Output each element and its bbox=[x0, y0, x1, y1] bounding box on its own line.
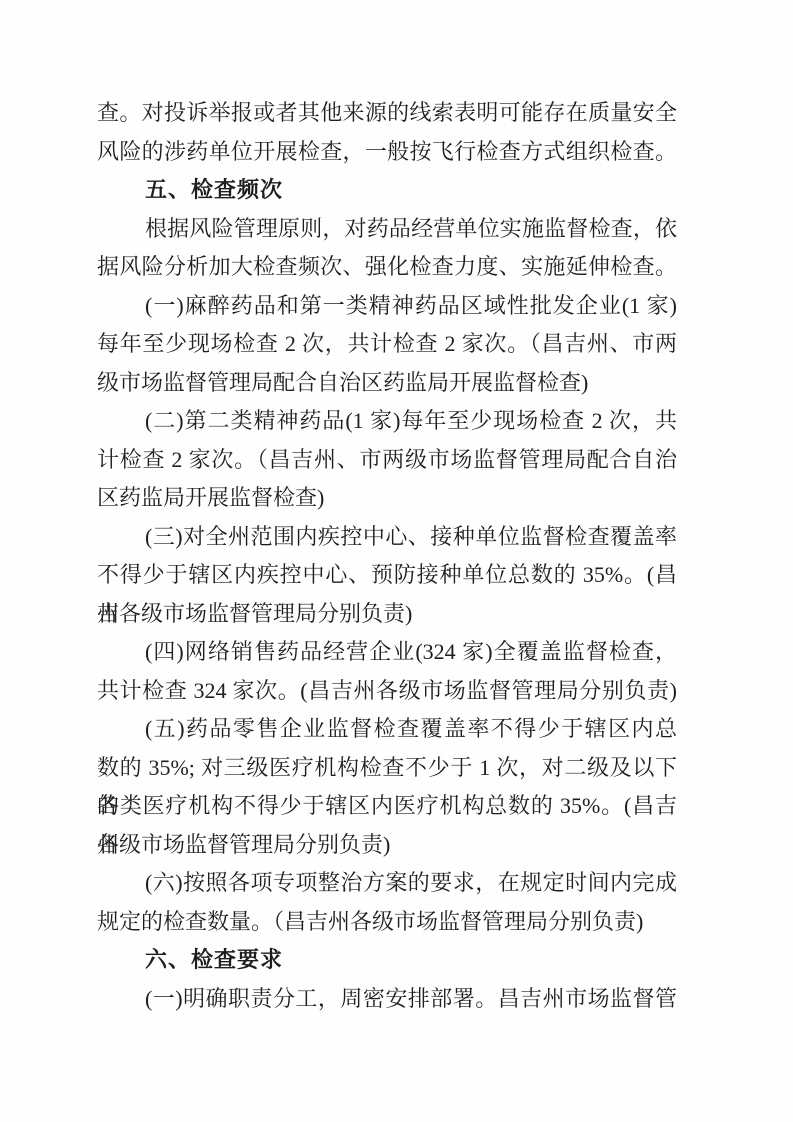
text-line: 查。对投诉举报或者其他来源的线索表明可能存在质量安全 bbox=[97, 94, 677, 133]
text-line: 风险的涉药单位开展检查，一般按飞行检查方式组织检查。 bbox=[97, 133, 677, 172]
section-heading: 五、检查频次 bbox=[97, 171, 677, 210]
text-line: (三)对全州范围内疾控中心、接种单位监督检查覆盖率 bbox=[97, 518, 677, 557]
text-line: 根据风险管理原则，对药品经营单位实施监督检查，依 bbox=[97, 210, 677, 249]
text-line: 规定的检查数量。（昌吉州各级市场监督管理局分别负责) bbox=[97, 903, 677, 942]
text-line: (一)明确职责分工，周密安排部署。昌吉州市场监督管 bbox=[97, 980, 677, 1019]
text-line: (四)网络销售药品经营企业(324 家)全覆盖监督检查， bbox=[97, 633, 677, 672]
text-line: 级市场监督管理局配合自治区药监局开展监督检查) bbox=[97, 364, 677, 403]
document-page: 查。对投诉举报或者其他来源的线索表明可能存在质量安全 风险的涉药单位开展检查，一… bbox=[0, 0, 793, 1122]
text-line: 区药监局开展监督检查) bbox=[97, 479, 677, 518]
text-line: 各类医疗机构不得少于辖区内医疗机构总数的 35%。(昌吉州 bbox=[97, 787, 677, 826]
text-line: 州各级市场监督管理局分别负责) bbox=[97, 595, 677, 634]
document-text-block: 查。对投诉举报或者其他来源的线索表明可能存在质量安全 风险的涉药单位开展检查，一… bbox=[97, 94, 677, 1018]
text-line: 不得少于辖区内疾控中心、预防接种单位总数的 35%。(昌吉 bbox=[97, 556, 677, 595]
text-line: 各级市场监督管理局分别负责) bbox=[97, 826, 677, 865]
text-line: (六)按照各项专项整治方案的要求，在规定时间内完成 bbox=[97, 864, 677, 903]
text-line: 数的 35%; 对三级医疗机构检查不少于 1 次，对二级及以下的 bbox=[97, 749, 677, 788]
text-line: 共计检查 324 家次。(昌吉州各级市场监督管理局分别负责) bbox=[97, 672, 677, 711]
text-line: 据风险分析加大检查频次、强化检查力度、实施延伸检查。 bbox=[97, 248, 677, 287]
text-line: 计检查 2 家次。（昌吉州、市两级市场监督管理局配合自治 bbox=[97, 441, 677, 480]
text-line: 每年至少现场检查 2 次，共计检查 2 家次。（昌吉州、市两 bbox=[97, 325, 677, 364]
text-line: (五)药品零售企业监督检查覆盖率不得少于辖区内总 bbox=[97, 710, 677, 749]
text-line: (一)麻醉药品和第一类精神药品区域性批发企业(1 家) bbox=[97, 287, 677, 326]
text-line: (二)第二类精神药品(1 家)每年至少现场检查 2 次，共 bbox=[97, 402, 677, 441]
section-heading: 六、检查要求 bbox=[97, 941, 677, 980]
